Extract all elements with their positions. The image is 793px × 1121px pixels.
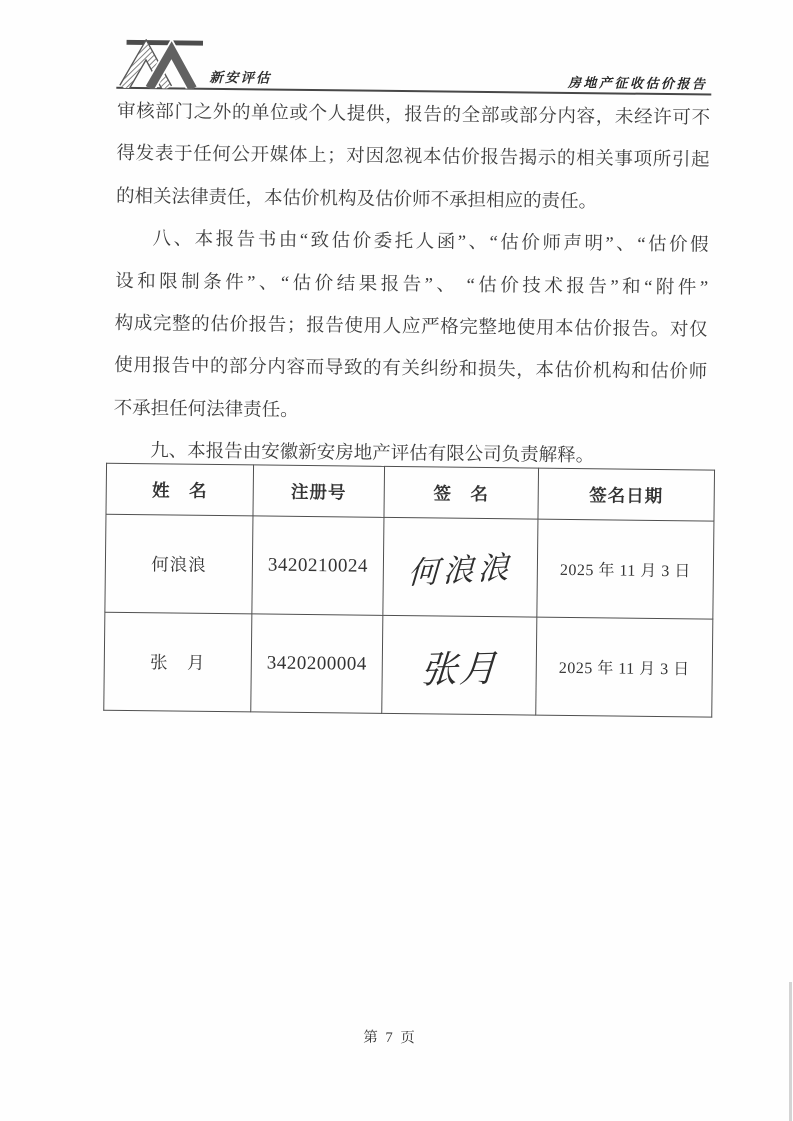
body-line: 的相关法律责任，本估价机构及估价师不承担相应的责任。	[116, 176, 709, 225]
table-row: 张 月 3420200004 张月 2025 年 11 月 3 日	[104, 612, 713, 717]
body-line: 审核部门之外的单位或个人提供，报告的全部或部分内容，未经许可不	[117, 91, 710, 140]
page-number: 第 7 页	[0, 1021, 787, 1051]
body-line: 使用报告中的部分内容而导致的有关纠纷和损失，本估价机构和估价师	[114, 345, 707, 394]
scan-edge-artifact	[789, 982, 792, 1121]
body-line: 设和限制条件”、“估价结果报告”、 “估价技术报告”和“附件”	[115, 260, 708, 309]
column-header-signature: 签 名	[384, 466, 539, 519]
signature-table: 姓 名 注册号 签 名 签名日期 何浪浪 3420210024 何浪浪 2025…	[103, 463, 715, 718]
signature-date: 2025 年 11 月 3 日	[537, 519, 714, 619]
column-header-name: 姓 名	[106, 463, 254, 516]
signature-cell: 何浪浪	[383, 517, 538, 617]
handwritten-signature: 张月	[419, 637, 500, 693]
body-line: 构成完整的估价报告；报告使用人应严格完整地使用本估价报告。对仅	[114, 303, 707, 352]
signature-cell: 张月	[382, 615, 537, 715]
registration-number: 3420200004	[251, 614, 383, 713]
scan-tilt-wrapper: 新安评估 房地产征收估价报告 审核部门之外的单位或个人提供，报告的全部或部分内容…	[0, 0, 793, 1121]
body-text: 审核部门之外的单位或个人提供，报告的全部或部分内容，未经许可不 得发表于任何公开…	[113, 91, 710, 479]
appraiser-name: 张 月	[104, 612, 252, 712]
report-type-label: 房地产征收估价报告	[568, 72, 708, 93]
page-header: 新安评估 房地产征收估价报告	[116, 37, 712, 96]
body-line: 不承担任何法律责任。	[113, 388, 706, 437]
body-line: 得发表于任何公开媒体上；对因忽视本估价报告揭示的相关事项所引起	[116, 133, 709, 182]
appraiser-name: 何浪浪	[105, 514, 253, 614]
company-logo: 新安评估	[118, 39, 272, 90]
table-header-row: 姓 名 注册号 签 名 签名日期	[106, 463, 715, 521]
body-line: 八、本报告书由“致估价委托人函”、“估价师声明”、“估价假	[115, 218, 708, 267]
signature-date: 2025 年 11 月 3 日	[536, 617, 713, 717]
table-row: 何浪浪 3420210024 何浪浪 2025 年 11 月 3 日	[105, 514, 714, 619]
handwritten-signature: 何浪浪	[407, 542, 514, 593]
logo-brand-text: 新安评估	[209, 66, 271, 90]
scanned-report-page: 新安评估 房地产征收估价报告 审核部门之外的单位或个人提供，报告的全部或部分内容…	[0, 0, 793, 1121]
column-header-sign-date: 签名日期	[538, 468, 715, 521]
column-header-reg-no: 注册号	[253, 465, 385, 517]
xinan-logo-icon	[118, 39, 205, 89]
registration-number: 3420210024	[252, 516, 384, 615]
